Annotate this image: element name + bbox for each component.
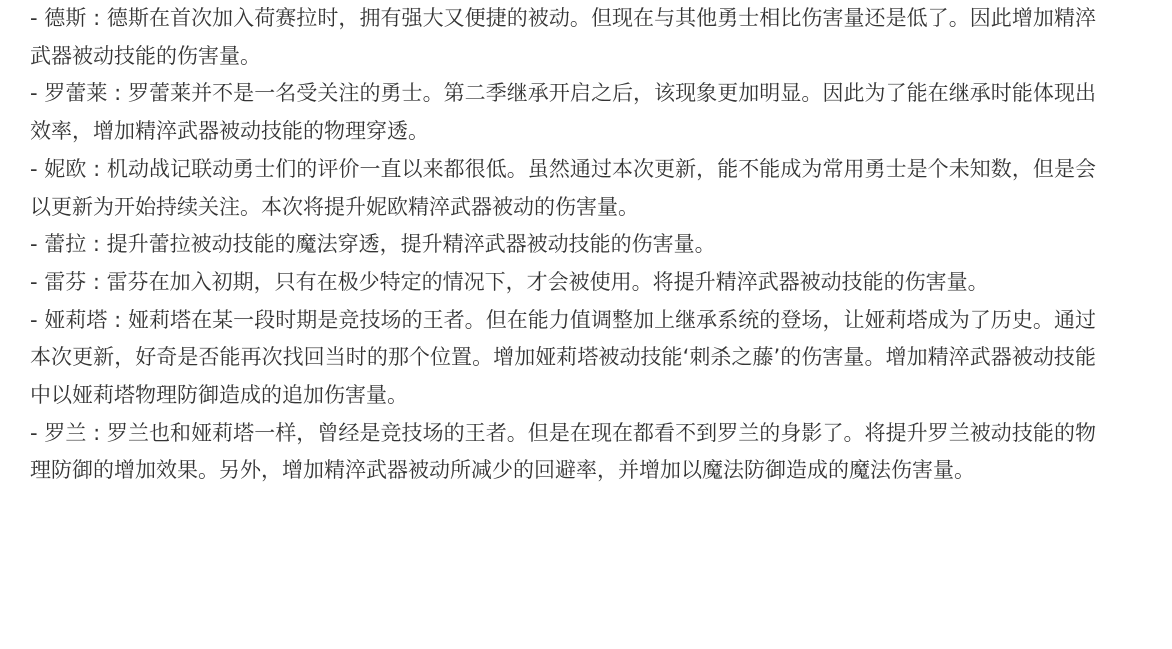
entry-raphine: - 雷芬 : 雷芬在加入初期，只有在极少特定的情况下，才会被使用。将提升精淬武器… (30, 264, 1096, 302)
entry-arita: - 娅莉塔 : 娅莉塔在某一段时期是竞技场的王者。但在能力值调整加上继承系统的登… (30, 302, 1096, 415)
entry-lorelei: - 罗蕾莱 : 罗蕾莱并不是一名受关注的勇士。第二季继承开启之后，该现象更加明显… (30, 75, 1096, 150)
entry-nio: - 妮欧 : 机动战记联动勇士们的评价一直以来都很低。虽然通过本次更新，能不能成… (30, 151, 1096, 226)
patch-notes-article: - 德斯 : 德斯在首次加入荷赛拉时，拥有强大又便捷的被动。但现在与其他勇士相比… (30, 0, 1096, 490)
entry-laila: - 蕾拉 : 提升蕾拉被动技能的魔法穿透，提升精淬武器被动技能的伤害量。 (30, 226, 1096, 264)
entry-roland: - 罗兰 : 罗兰也和娅莉塔一样，曾经是竞技场的王者。但是在现在都看不到罗兰的身… (30, 415, 1096, 490)
entry-des: - 德斯 : 德斯在首次加入荷赛拉时，拥有强大又便捷的被动。但现在与其他勇士相比… (30, 0, 1096, 75)
